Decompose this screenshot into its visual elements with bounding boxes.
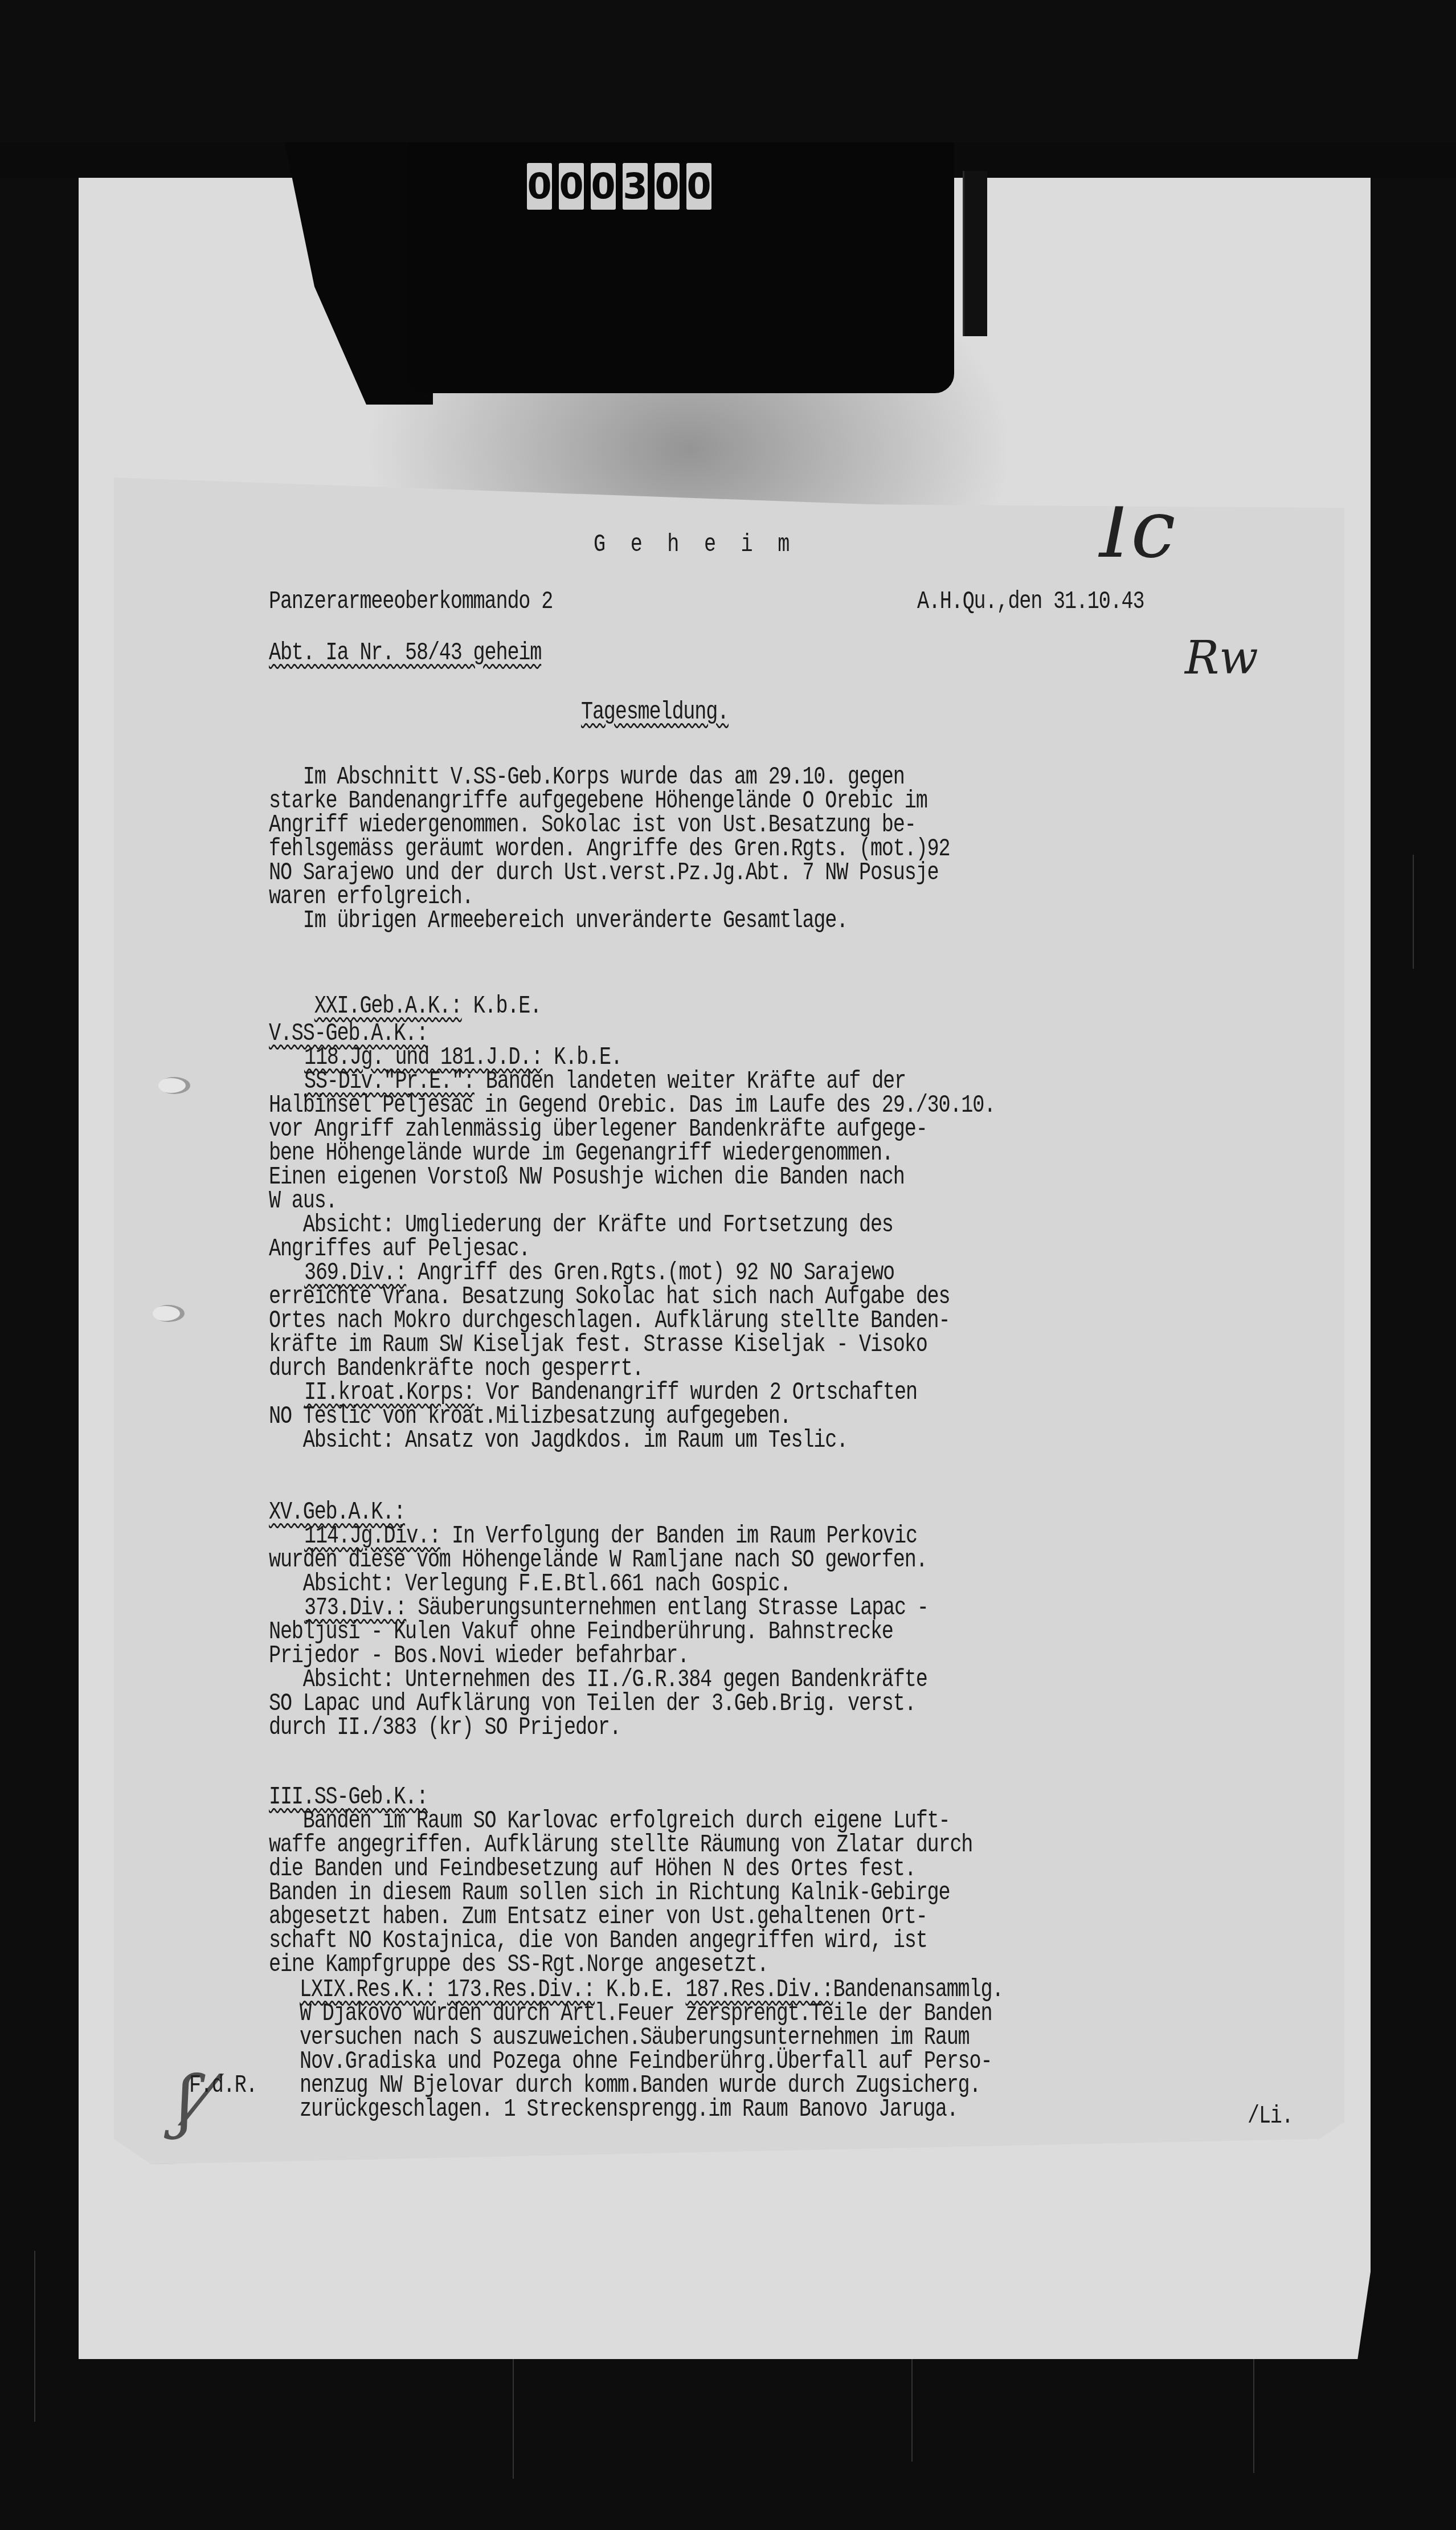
- frame-digit: 3: [623, 163, 648, 210]
- typed-report-page: G e h e i m Panzerarmeeoberkommando 2 A.…: [114, 478, 1344, 2164]
- frame-number: 0 0 0 3 0 0: [527, 163, 711, 210]
- report-line: durch II./383 (kr) SO Prijedor.: [269, 1713, 621, 1743]
- classification-label: G e h e i m: [594, 530, 796, 560]
- frame-digit: 0: [559, 163, 584, 210]
- punch-hole: [158, 1077, 190, 1094]
- typist-mark: /Li.: [1248, 2101, 1293, 2131]
- frame-digit: 0: [655, 163, 680, 210]
- report-line: Absicht: Ansatz von Jagdkdos. im Raum um…: [269, 1426, 848, 1455]
- film-scratch: [34, 2251, 35, 2422]
- frame-digit: 0: [527, 163, 552, 210]
- counter-knob: [963, 171, 987, 336]
- film-scratch: [1413, 855, 1414, 969]
- frame-digit: 0: [591, 163, 616, 210]
- handwritten-initials: Rw: [1185, 631, 1258, 684]
- section-heading-suffix: K.b.E.: [462, 992, 541, 1021]
- place-date: A.H.Qu.,den 31.10.43: [917, 587, 1144, 617]
- report-line: Einen eigenen Vorstoß NW Posushje wichen…: [269, 1162, 905, 1192]
- report-line: zurückgeschlagen. 1 Streckensprengg.im R…: [300, 2095, 958, 2124]
- sender: Panzerarmeeoberkommando 2: [269, 587, 553, 617]
- document-title: Tagesmeldung.: [581, 697, 729, 727]
- punch-hole: [153, 1305, 185, 1322]
- section-heading-label: XXI.Geb.A.K.:: [314, 992, 462, 1021]
- intro-line: Im übrigen Armeebereich unveränderte Ges…: [269, 906, 848, 936]
- handwritten-signature: ʃ⁄: [177, 2062, 207, 2141]
- frame-digit: 0: [686, 163, 711, 210]
- reference-number: Abt. Ia Nr. 58/43 geheim: [269, 638, 541, 668]
